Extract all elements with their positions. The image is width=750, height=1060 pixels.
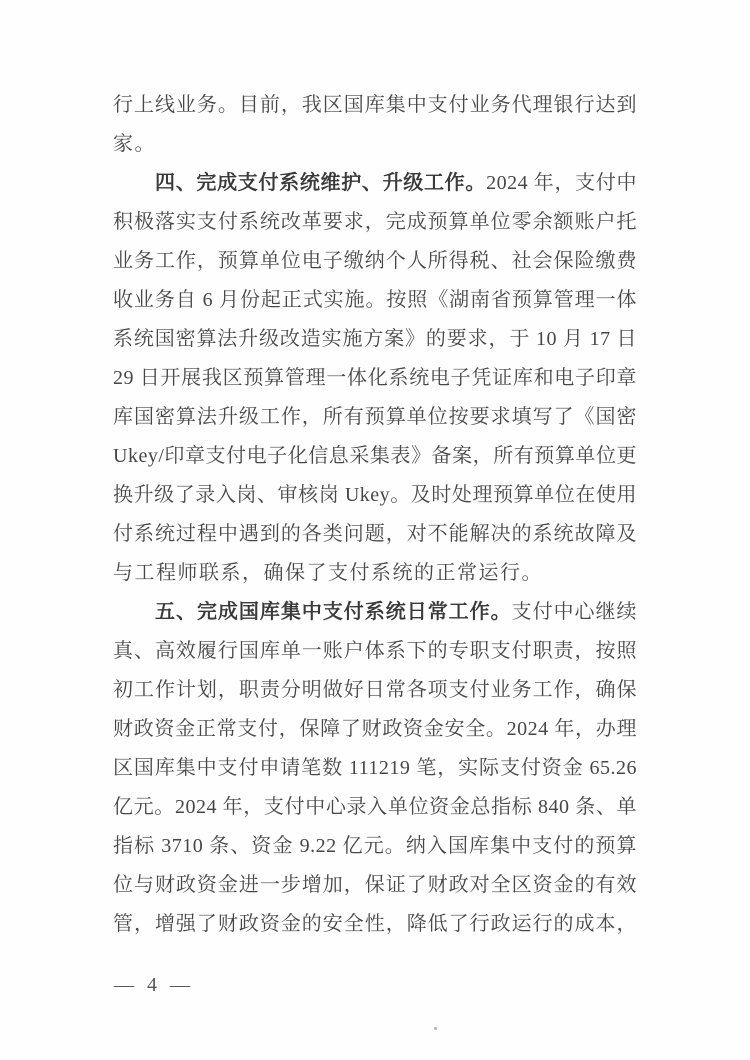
- line-body-text: 家。: [113, 133, 156, 155]
- text-line: 行上线业务。目前，我区国库集中支付业务代理银行达到 9: [113, 86, 637, 125]
- line-body-text: 收业务自 6 月份起正式实施。按照《湖南省预算管理一体化: [113, 289, 637, 320]
- document-page: 行上线业务。目前，我区国库集中支付业务代理银行达到 9家。四、完成支付系统维护、…: [0, 0, 750, 1060]
- line-body-text: 积极落实支付系统改革要求，完成预算单位零余额账户托收: [113, 211, 637, 242]
- text-line: 系统国密算法升级改造实施方案》的要求，于 10 月 17 日至: [113, 320, 637, 359]
- text-line: 区国库集中支付申请笔数 111219 笔，实际支付资金 65.26: [113, 749, 637, 788]
- line-body-text: 真、高效履行国库单一账户体系下的专职支付职责，按照年: [113, 640, 637, 671]
- line-body-text: 与工程师联系，确保了支付系统的正常运行。: [113, 562, 543, 584]
- section-heading-prefix: 五、完成国库集中支付系统日常工作。: [155, 601, 512, 623]
- text-line: 家。: [113, 125, 637, 164]
- line-body-text: 付系统过程中遇到的各类问题，对不能解决的系统故障及时: [113, 523, 637, 554]
- line-body-text: 换升级了录入岗、审核岗 Ukey。及时处理预算单位在使用支: [113, 484, 637, 515]
- text-line: 换升级了录入岗、审核岗 Ukey。及时处理预算单位在使用支: [113, 476, 637, 515]
- document-body: 行上线业务。目前，我区国库集中支付业务代理银行达到 9家。四、完成支付系统维护、…: [113, 86, 637, 944]
- text-line: 财政资金正常支付，保障了财政资金安全。2024 年，办理全: [113, 710, 637, 749]
- line-body-text: 管，增强了财政资金的安全性，降低了行政运行的成本，提: [113, 913, 637, 944]
- line-body-text: 位与财政资金进一步增加，保证了财政对全区资金的有效监: [113, 874, 637, 905]
- text-line: 收业务自 6 月份起正式实施。按照《湖南省预算管理一体化: [113, 281, 637, 320]
- text-line: 库国密算法升级工作，所有预算单位按要求填写了《国密: [113, 398, 637, 437]
- text-line: 五、完成国库集中支付系统日常工作。支付中心继续认: [113, 593, 637, 632]
- text-line: 指标 3710 条、资金 9.22 亿元。纳入国库集中支付的预算单: [113, 827, 637, 866]
- text-line: 29 日开展我区预算管理一体化系统电子凭证库和电子印章: [113, 359, 637, 398]
- text-line: 付系统过程中遇到的各类问题，对不能解决的系统故障及时: [113, 515, 637, 554]
- line-body-text: 指标 3710 条、资金 9.22 亿元。纳入国库集中支付的预算单: [113, 835, 637, 866]
- line-body-text: 财政资金正常支付，保障了财政资金安全。2024 年，办理全: [113, 718, 637, 749]
- text-line: 四、完成支付系统维护、升级工作。2024 年，支付中心: [113, 164, 637, 203]
- line-body-text: 29 日开展我区预算管理一体化系统电子凭证库和电子印章: [113, 367, 637, 389]
- line-body-text: 初工作计划，职责分明做好日常各项支付业务工作，确保了: [113, 679, 637, 710]
- text-line: 业务工作，预算单位电子缴纳个人所得税、社会保险缴费托: [113, 242, 637, 281]
- text-line: 与工程师联系，确保了支付系统的正常运行。: [113, 554, 637, 593]
- line-body-text: 库国密算法升级工作，所有预算单位按要求填写了《国密: [113, 406, 637, 428]
- line-body-text: 行上线业务。目前，我区国库集中支付业务代理银行达到 9: [113, 94, 637, 125]
- line-body-text: 业务工作，预算单位电子缴纳个人所得税、社会保险缴费托: [113, 250, 637, 281]
- page-number: — 4 —: [114, 968, 194, 1002]
- text-line: 管，增强了财政资金的安全性，降低了行政运行的成本，提: [113, 905, 637, 944]
- line-body-text: 亿元。2024 年，支付中心录入单位资金总指标 840 条、单位: [113, 796, 637, 827]
- text-line: 初工作计划，职责分明做好日常各项支付业务工作，确保了: [113, 671, 637, 710]
- line-body-text: 系统国密算法升级改造实施方案》的要求，于 10 月 17 日至: [113, 328, 637, 359]
- text-line: 积极落实支付系统改革要求，完成预算单位零余额账户托收: [113, 203, 637, 242]
- text-line: 真、高效履行国库单一账户体系下的专职支付职责，按照年: [113, 632, 637, 671]
- text-line: Ukey/印章支付电子化信息采集表》备案，所有预算单位更: [113, 437, 637, 476]
- line-body-text: Ukey/印章支付电子化信息采集表》备案，所有预算单位更: [113, 445, 637, 467]
- scan-artifact-dot: [434, 1027, 437, 1030]
- section-heading-prefix: 四、完成支付系统维护、升级工作。: [155, 172, 486, 194]
- text-line: 亿元。2024 年，支付中心录入单位资金总指标 840 条、单位: [113, 788, 637, 827]
- text-line: 位与财政资金进一步增加，保证了财政对全区资金的有效监: [113, 866, 637, 905]
- line-body-text: 区国库集中支付申请笔数 111219 笔，实际支付资金 65.26: [113, 757, 637, 779]
